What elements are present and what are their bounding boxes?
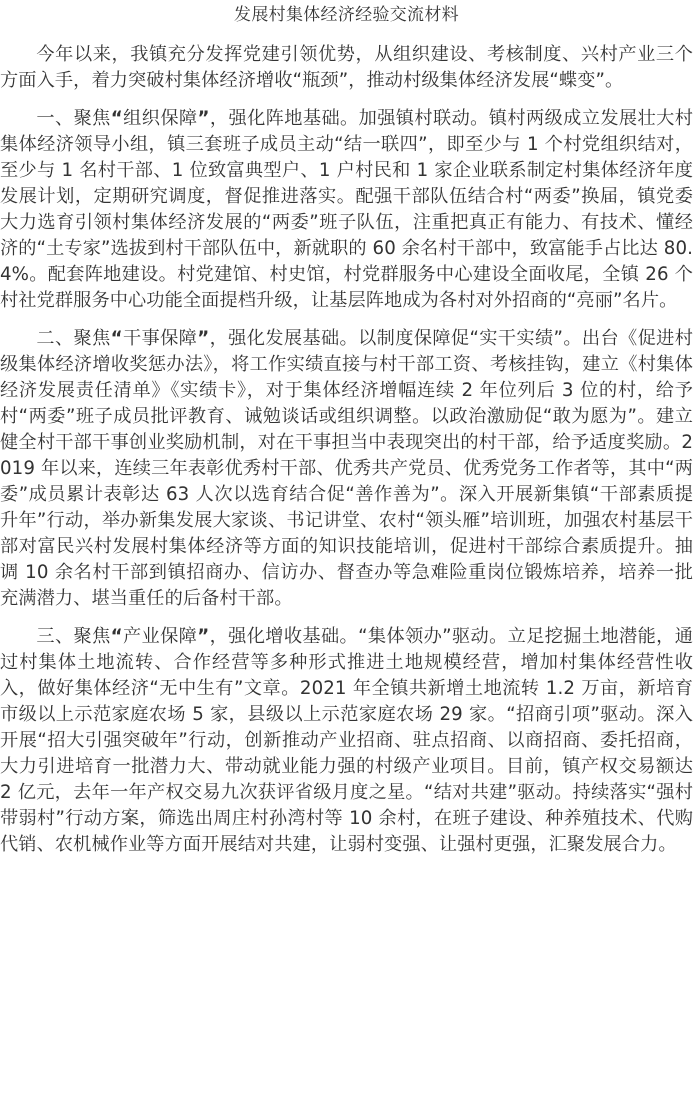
quote-open: “: [111, 626, 123, 647]
paragraph-section-3: 三、聚焦“产业保障”，强化增收基础。“集体领办”驱动。立足挖掘土地潜能，通过村集…: [0, 624, 693, 858]
section-lead: 一、聚焦: [36, 108, 110, 129]
paragraph-section-1: 一、聚焦“组织保障”，强化阵地基础。加强镇村联动。镇村两级成立发展壮大村集体经济…: [0, 106, 693, 314]
quote-open: “: [111, 328, 123, 349]
section-heading-label: 干事保障: [123, 328, 198, 349]
quote-open: “: [111, 108, 123, 129]
paragraph-text: ，强化阵地基础。加强镇村联动。镇村两级成立发展壮大村集体经济领导小组，镇三套班子…: [0, 108, 693, 311]
document: 发展村集体经济经验交流材料 今年以来，我镇充分发挥党建引领优势，从组织建设、考核…: [0, 0, 693, 858]
quote-close: ”: [198, 108, 210, 129]
quote-close: ”: [197, 626, 209, 647]
paragraph-section-2: 二、聚焦“干事保障”，强化发展基础。以制度保障促“实干实绩”。出台《促进村级集体…: [0, 326, 693, 612]
paragraph-text: ，强化发展基础。以制度保障促“实干实绩”。出台《促进村级集体经济增收奖惩办法》，…: [0, 328, 693, 609]
paragraph-text: ，强化增收基础。“集体领办”驱动。立足挖掘土地潜能，通过村集体土地流转、合作经营…: [0, 626, 693, 855]
paragraph-text: 今年以来，我镇充分发挥党建引领优势，从组织建设、考核制度、兴村产业三个方面入手，…: [0, 44, 693, 91]
section-heading-label: 组织保障: [123, 108, 198, 129]
paragraph-intro: 今年以来，我镇充分发挥党建引领优势，从组织建设、考核制度、兴村产业三个方面入手，…: [0, 42, 693, 94]
section-lead: 二、聚焦: [36, 328, 110, 349]
quote-close: ”: [197, 328, 209, 349]
section-heading-label: 产业保障: [123, 626, 198, 647]
section-lead: 三、聚焦: [36, 626, 110, 647]
document-title: 发展村集体经济经验交流材料: [0, 0, 693, 29]
